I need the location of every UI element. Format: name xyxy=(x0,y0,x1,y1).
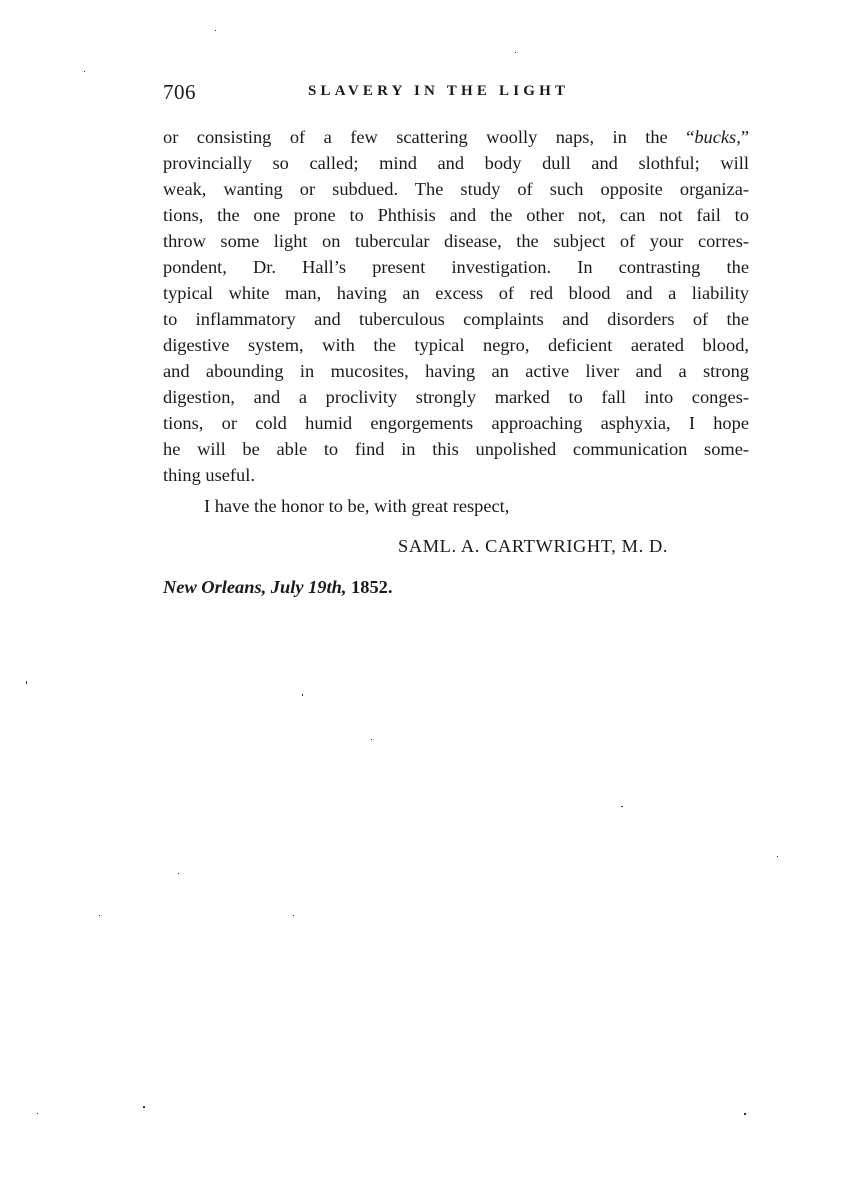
text-line: or consisting of a few scattering woolly… xyxy=(163,124,749,150)
dateline-place-month: New Orleans, July xyxy=(163,577,304,597)
running-title: SLAVERY IN THE LIGHT xyxy=(308,83,569,100)
closing-salutation: I have the honor to be, with great respe… xyxy=(204,493,509,519)
scan-speck xyxy=(178,873,179,874)
running-head: 706 SLAVERY IN THE LIGHT xyxy=(163,80,749,106)
scan-speck xyxy=(99,915,100,916)
dateline-year: 1852. xyxy=(351,577,392,597)
text-line: digestive system, with the typical negro… xyxy=(163,332,749,358)
scan-speck xyxy=(26,681,27,684)
text-line: throw some light on tubercular disease, … xyxy=(163,228,749,254)
scan-speck xyxy=(302,694,303,696)
scan-speck xyxy=(215,30,216,31)
page-number: 706 xyxy=(163,80,196,105)
scan-speck xyxy=(744,1113,746,1115)
text-line: and abounding in mucosites, having an ac… xyxy=(163,358,749,384)
dateline: New Orleans, July 19th, 1852. xyxy=(163,574,392,600)
scan-speck xyxy=(293,915,294,916)
scan-speck xyxy=(143,1106,145,1108)
scan-speck xyxy=(84,71,85,72)
text-line: pondent, Dr. Hall’s present investigatio… xyxy=(163,254,749,280)
signature: SAML. A. CARTWRIGHT, M. D. xyxy=(398,533,668,559)
text-line: provincially so called; mind and body du… xyxy=(163,150,749,176)
body-paragraph: or consisting of a few scattering woolly… xyxy=(163,124,749,488)
scan-speck xyxy=(515,52,516,53)
dateline-day: 19th, xyxy=(308,577,346,597)
scan-speck xyxy=(371,739,372,740)
italic-word: bucks, xyxy=(694,127,740,147)
text-fragment: or consisting of a few scattering woolly… xyxy=(163,127,694,147)
text-line: to inflammatory and tuberculous complain… xyxy=(163,306,749,332)
book-page: 706 SLAVERY IN THE LIGHT or consisting o… xyxy=(0,0,859,1200)
text-line: he will be able to find in this unpolish… xyxy=(163,436,749,462)
text-line: thing useful. xyxy=(163,462,749,488)
text-line: digestion, and a proclivity strongly mar… xyxy=(163,384,749,410)
text-line: tions, or cold humid engorgements approa… xyxy=(163,410,749,436)
text-line: typical white man, having an excess of r… xyxy=(163,280,749,306)
scan-speck xyxy=(777,856,778,857)
scan-speck xyxy=(621,806,623,807)
scan-speck xyxy=(37,1113,38,1114)
dateline-day-text: 19th, xyxy=(308,577,346,597)
text-fragment: ” xyxy=(741,127,749,147)
text-line: weak, wanting or subdued. The study of s… xyxy=(163,176,749,202)
text-line: tions, the one prone to Phthisis and the… xyxy=(163,202,749,228)
